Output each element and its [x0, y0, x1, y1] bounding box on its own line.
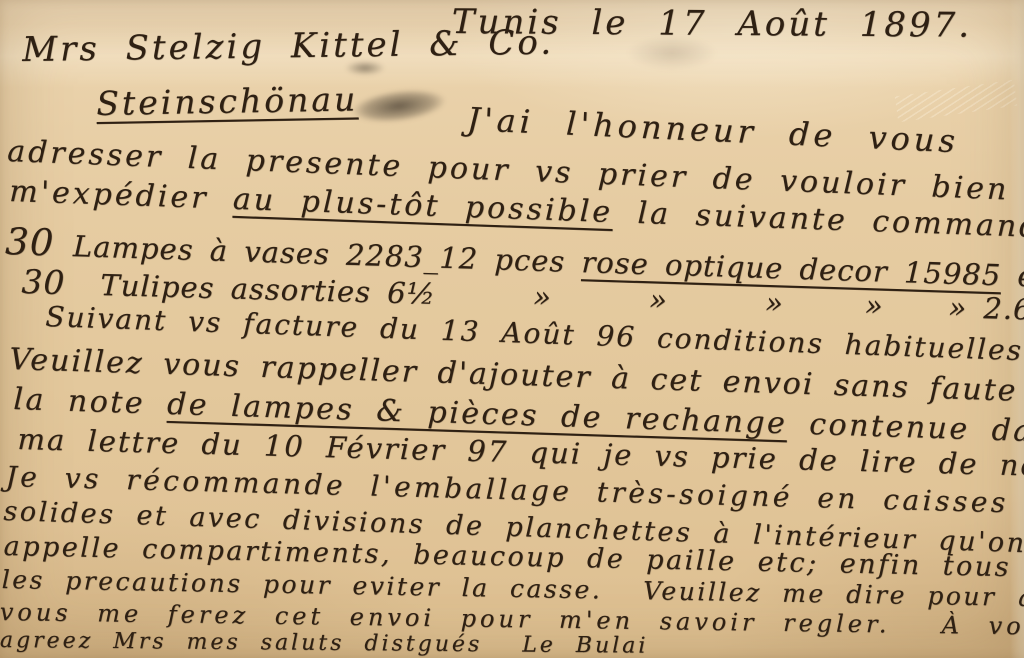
recipient-line: Mrs Stelzig Kittel & Co.: [22, 23, 554, 70]
text-segment: m'expédier: [9, 174, 234, 217]
text-segment: la note: [13, 382, 168, 422]
text-segment: Mrs Stelzig Kittel & Co.: [22, 23, 554, 70]
paper-edge-highlight: [1010, 0, 1024, 658]
text-segment: [648, 634, 688, 658]
signature-line: agreez Mrs mes saluts distgués Le Bulai: [0, 628, 689, 658]
text-segment: J'ai l'honneur de vous: [466, 100, 959, 160]
text-segment: agreez Mrs mes saluts distgués: [0, 628, 522, 658]
text-segment: 30: [5, 220, 74, 265]
underlined-text: Steinschönau: [96, 79, 359, 123]
text-segment: 2.63: [983, 291, 1024, 327]
letter-page: Tunis le 17 Août 1897.Mrs Stelzig Kittel…: [0, 0, 1024, 658]
salutation-line: J'ai l'honneur de vous: [466, 100, 959, 160]
text-segment: 30: [21, 262, 101, 303]
paper-scratches: [895, 80, 1017, 122]
underlined-text: Le Bulai: [522, 633, 648, 658]
address-line: Steinschönau: [96, 79, 359, 123]
